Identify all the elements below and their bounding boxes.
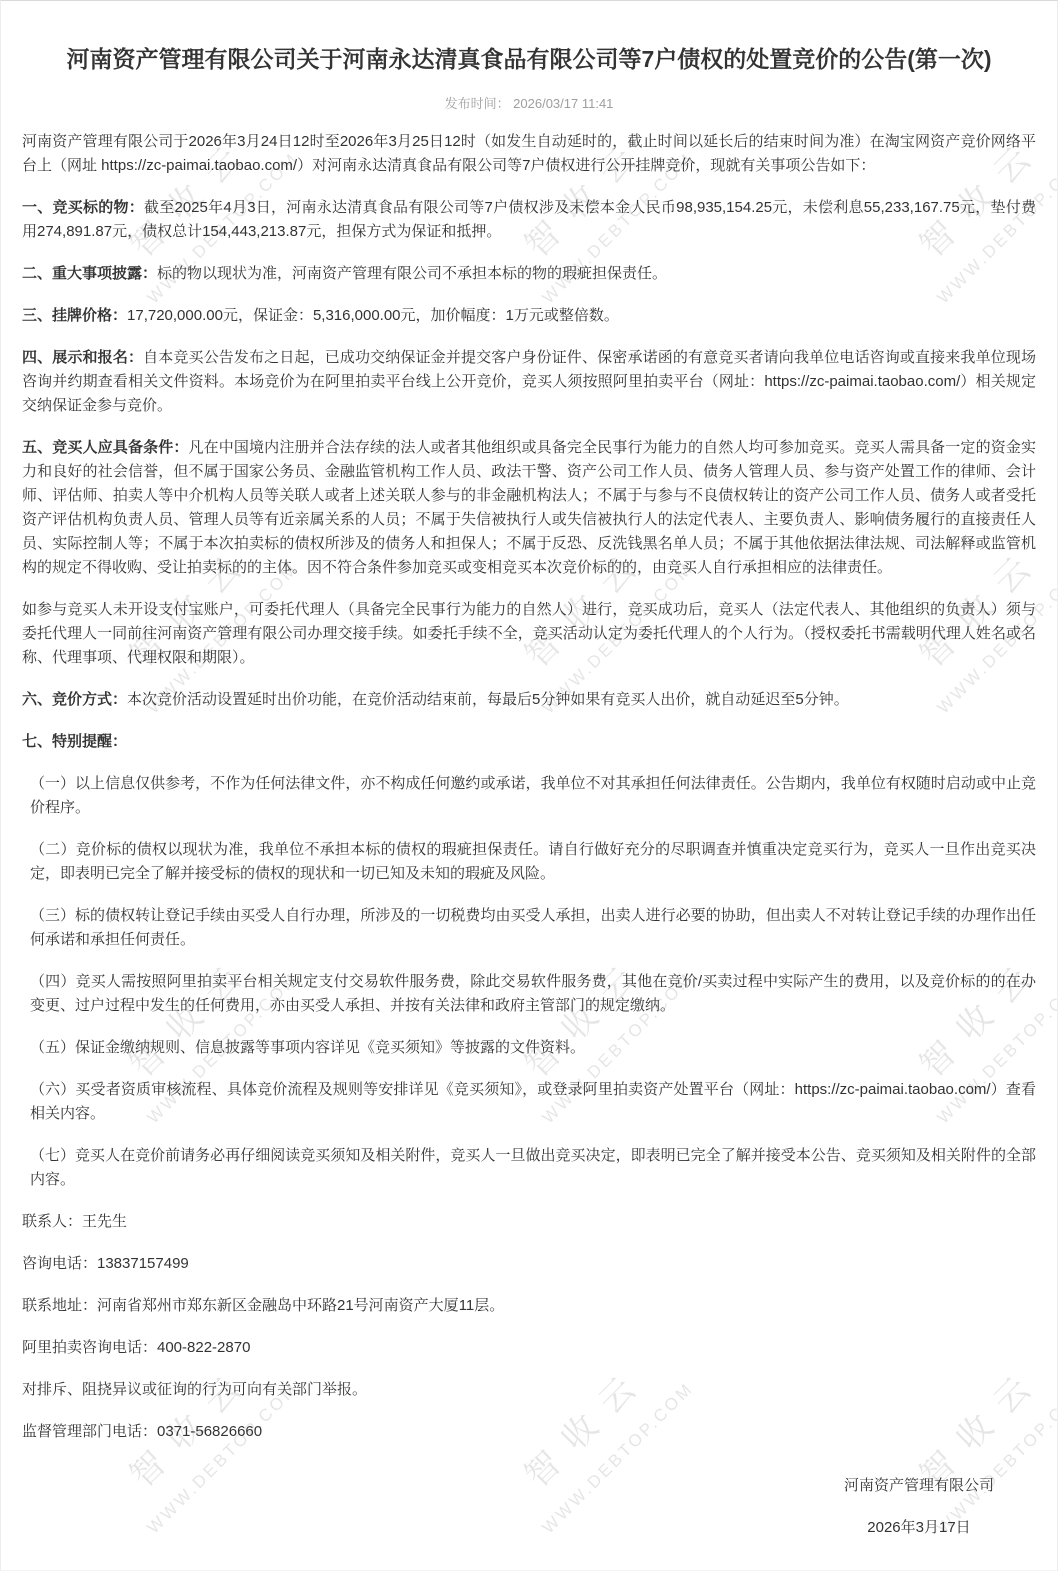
paragraph: 河南资产管理有限公司于2026年3月24日12时至2026年3月25日12时（如… xyxy=(22,130,1036,178)
signature-block: 河南资产管理有限公司 2026年3月17日 xyxy=(22,1474,1036,1540)
paragraph: 一、竞买标的物：截至2025年4月3日，河南永达清真食品有限公司等7户债权涉及未… xyxy=(22,196,1036,244)
paragraph: （五）保证金缴纳规则、信息披露等事项内容详见《竞买须知》等披露的文件资料。 xyxy=(22,1036,1036,1060)
paragraph-label: 二、重大事项披露： xyxy=(22,265,157,282)
paragraph-label: 三、挂牌价格： xyxy=(22,307,127,324)
paragraph: （二）竞价标的债权以现状为准，我单位不承担本标的债权的瑕疵担保责任。请自行做好充… xyxy=(22,838,1036,886)
announcement-body: 河南资产管理有限公司于2026年3月24日12时至2026年3月25日12时（如… xyxy=(22,130,1036,1444)
signature-company: 河南资产管理有限公司 xyxy=(844,1474,994,1498)
paragraph: 五、竞买人应具备条件：凡在中国境内注册并合法存续的法人或者其他组织或具备完全民事… xyxy=(22,436,1036,580)
paragraph-label: 四、展示和报名： xyxy=(22,349,143,366)
paragraph: 咨询电话：13837157499 xyxy=(22,1252,1036,1276)
paragraph: 三、挂牌价格：17,720,000.00元，保证金：5,316,000.00元，… xyxy=(22,304,1036,328)
announcement-content: 河南资产管理有限公司关于河南永达清真食品有限公司等7户债权的处置竞价的公告(第一… xyxy=(1,1,1057,1570)
paragraph: 七、特别提醒： xyxy=(22,730,1036,754)
paragraph: 阿里拍卖咨询电话：400-822-2870 xyxy=(22,1336,1036,1360)
paragraph: （六）买受者资质审核流程、具体竞价流程及规则等安排详见《竞买须知》，或登录阿里拍… xyxy=(22,1078,1036,1126)
paragraph: 对排斥、阻挠异议或征询的行为可向有关部门举报。 xyxy=(22,1378,1036,1402)
paragraph: 二、重大事项披露：标的物以现状为准，河南资产管理有限公司不承担本标的物的瑕疵担保… xyxy=(22,262,1036,286)
publish-time: 发布时间： 2026/03/17 11:41 xyxy=(22,93,1036,112)
paragraph-label: 五、竞买人应具备条件： xyxy=(22,439,189,456)
paragraph: 联系地址：河南省郑州市郑东新区金融岛中环路21号河南资产大厦11层。 xyxy=(22,1294,1036,1318)
paragraph-label: 六、竞价方式： xyxy=(22,691,127,708)
paragraph: 六、竞价方式：本次竞价活动设置延时出价功能，在竞价活动结束前，每最后5分钟如果有… xyxy=(22,688,1036,712)
signature-inner: 河南资产管理有限公司 2026年3月17日 xyxy=(844,1474,994,1540)
signature-date: 2026年3月17日 xyxy=(844,1516,994,1540)
paragraph-label: 七、特别提醒： xyxy=(22,733,127,750)
paragraph: 联系人：王先生 xyxy=(22,1210,1036,1234)
paragraph-label: 一、竞买标的物： xyxy=(22,199,144,216)
paragraph: （三）标的债权转让登记手续由买受人自行办理，所涉及的一切税费均由买受人承担，出卖… xyxy=(22,904,1036,952)
paragraph: （一）以上信息仅供参考，不作为任何法律文件，亦不构成任何邀约或承诺，我单位不对其… xyxy=(22,772,1036,820)
paragraph: （四）竞买人需按照阿里拍卖平台相关规定支付交易软件服务费，除此交易软件服务费，其… xyxy=(22,970,1036,1018)
announcement-page: 智收云WWW.DEBTOP.COM智收云WWW.DEBTOP.COM智收云WWW… xyxy=(0,0,1058,1571)
paragraph: 监督管理部门电话：0371-56826660 xyxy=(22,1420,1036,1444)
paragraph: （七）竞买人在竞价前请务必再仔细阅读竞买须知及相关附件，竞买人一旦做出竞买决定，… xyxy=(22,1144,1036,1192)
paragraph: 四、展示和报名：自本竞买公告发布之日起，已成功交纳保证金并提交客户身份证件、保密… xyxy=(22,346,1036,418)
paragraph: 如参与竞买人未开设支付宝账户，可委托代理人（具备完全民事行为能力的自然人）进行，… xyxy=(22,598,1036,670)
page-title: 河南资产管理有限公司关于河南永达清真食品有限公司等7户债权的处置竞价的公告(第一… xyxy=(22,43,1036,76)
